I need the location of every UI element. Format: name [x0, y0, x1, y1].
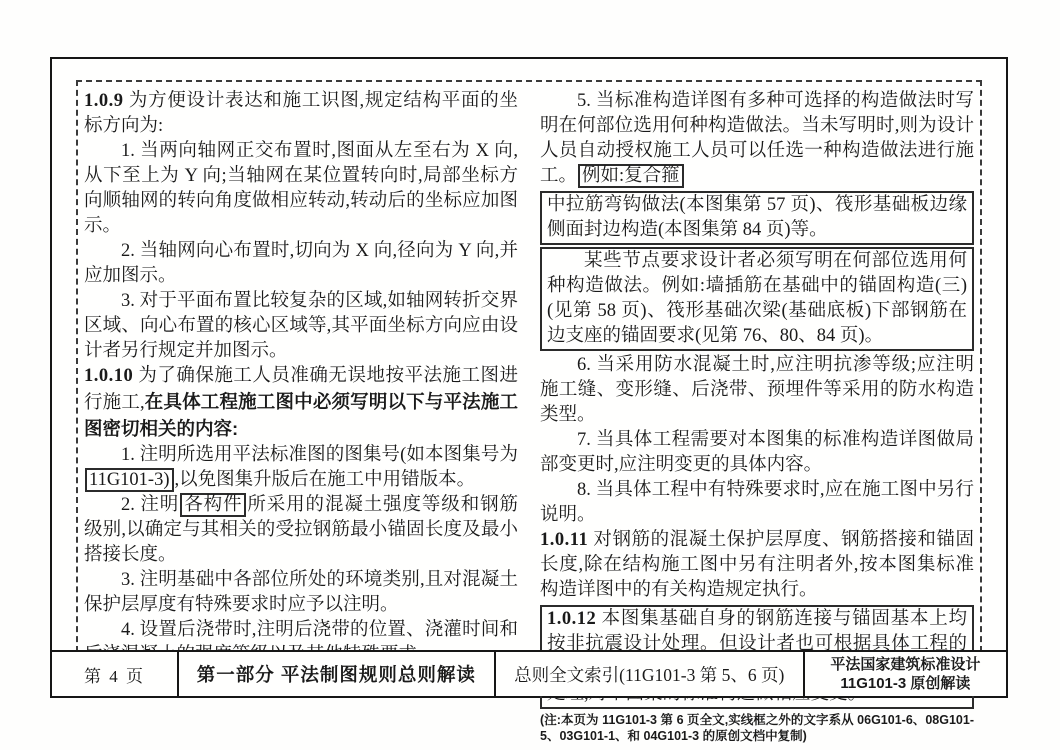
paragraph: 3. 对于平面布置比较复杂的区域,如轴网转折交界区域、向心布置的核心区域等,其平…	[84, 289, 518, 364]
left-column: 1.0.9 为方便设计表达和施工识图,规定结构平面的坐标方向为:1. 当两向轴网…	[84, 89, 518, 650]
paragraph: 6. 当采用防水混凝土时,应注明抗渗等级;应注明施工缝、变形缝、后浇带、预埋件等…	[540, 353, 974, 428]
content-area: 1.0.9 为方便设计表达和施工识图,规定结构平面的坐标方向为:1. 当两向轴网…	[84, 89, 974, 650]
text-segment: 对钢筋的混凝土保护层厚度、钢筋搭接和锚固长度,除在结构施工图中另有注明者外,按本…	[540, 530, 974, 600]
text-segment: 7. 当具体工程需要对本图集的标准构造详图做局部变更时,应注明变更的具体内容。	[540, 430, 974, 475]
boxed-annotation: 中拉筋弯钩做法(本图集第 57 页)、筏形基础板边缘侧面封边构造(本图集第 84…	[540, 191, 974, 245]
paragraph: 1. 注明所选用平法标准图的图集号(如本图集号为11G101-3),以免图集升版…	[84, 443, 518, 493]
footer-index-title-label: 总则全文索引(11G101-3 第 5、6 页)	[514, 662, 784, 687]
paragraph: 2. 当轴网向心布置时,切向为 X 向,径向为 Y 向,并应加图示。	[84, 239, 518, 289]
paragraph: 2. 注明各构件所采用的混凝土强度等级和钢筋级别,以确定与其相关的受拉钢筋最小锚…	[84, 493, 518, 568]
paragraph: 1.0.10 为了确保施工人员准确无误地按平法施工图进行施工,在具体工程施工图中…	[84, 364, 518, 443]
text-segment: 某些节点要求设计者必须写明在何部位选用何种构造做法。例如:墙插筋在基础中的锚固构…	[547, 251, 967, 346]
paragraph: 1.0.11 对钢筋的混凝土保护层厚度、钢筋搭接和锚固长度,除在结构施工图中另有…	[540, 528, 974, 603]
boxed-term: 各构件	[180, 493, 246, 517]
text-segment: 1.0.11	[540, 530, 588, 550]
right-column: 5. 当标准构造详图有多种可选择的构造做法时写明在何部位选用何种构造做法。当未写…	[540, 89, 974, 650]
text-segment: 1.0.10	[84, 366, 133, 386]
boxed-annotation: 某些节点要求设计者必须写明在何部位选用何种构造做法。例如:墙插筋在基础中的锚固构…	[540, 247, 974, 351]
text-segment: 3. 对于平面布置比较复杂的区域,如轴网转折交界区域、向心布置的核心区域等,其平…	[84, 291, 518, 361]
text-segment: 1. 注明所选用平法标准图的图集号(如本图集号为	[121, 445, 518, 465]
footer-brand-line1: 平法国家建筑标准设计	[830, 655, 980, 674]
paragraph: 3. 注明基础中各部位所处的环境类别,且对混凝土保护层厚度有特殊要求时应予以注明…	[84, 568, 518, 618]
page-frame: 1.0.9 为方便设计表达和施工识图,规定结构平面的坐标方向为:1. 当两向轴网…	[50, 57, 1008, 698]
paragraph: 1. 当两向轴网正交布置时,图面从左至右为 X 向,从下至上为 Y 向;当轴网在…	[84, 139, 518, 239]
footer-page-number: 第 4 页	[52, 652, 177, 696]
footer-section-title-label: 第一部分 平法制图规则总则解读	[197, 661, 476, 687]
document-page: { "page": { "background": "#fefefd", "in…	[0, 0, 1060, 750]
text-segment: (注:本页为 11G101-3 第 6 页全文,实线框之外的文字系从 06G10…	[540, 713, 974, 743]
footnote: (注:本页为 11G101-3 第 6 页全文,实线框之外的文字系从 06G10…	[540, 712, 974, 744]
footer-section-title: 第一部分 平法制图规则总则解读	[177, 652, 494, 696]
paragraph: 8. 当具体工程中有特殊要求时,应在施工图中另行说明。	[540, 478, 974, 528]
text-segment: 2. 注明	[121, 495, 179, 515]
footer-brand: 平法国家建筑标准设计 11G101-3 原创解读	[803, 652, 1006, 696]
boxed-term: 例如:复合箍	[578, 164, 684, 188]
text-segment: 1.0.9	[84, 91, 124, 111]
text-segment: 6. 当采用防水混凝土时,应注明抗渗等级;应注明施工缝、变形缝、后浇带、预埋件等…	[540, 355, 974, 425]
paragraph: 7. 当具体工程需要对本图集的标准构造详图做局部变更时,应注明变更的具体内容。	[540, 428, 974, 478]
text-segment: 3. 注明基础中各部位所处的环境类别,且对混凝土保护层厚度有特殊要求时应予以注明…	[84, 570, 518, 615]
footer-index-title: 总则全文索引(11G101-3 第 5、6 页)	[494, 652, 803, 696]
footer-brand-line2: 11G101-3 原创解读	[840, 674, 970, 693]
text-segment: 中拉筋弯钩做法(本图集第 57 页)、筏形基础板边缘侧面封边构造(本图集第 84…	[547, 195, 967, 240]
content-dashed-border: 1.0.9 为方便设计表达和施工识图,规定结构平面的坐标方向为:1. 当两向轴网…	[76, 80, 982, 652]
footer-page-number-label: 第 4 页	[84, 662, 145, 687]
text-segment: 为方便设计表达和施工识图,规定结构平面的坐标方向为:	[84, 91, 518, 136]
text-segment: 2. 当轴网向心布置时,切向为 X 向,径向为 Y 向,并应加图示。	[84, 241, 518, 286]
paragraph: 1.0.9 为方便设计表达和施工识图,规定结构平面的坐标方向为:	[84, 89, 518, 139]
text-segment: 1.0.12	[547, 609, 596, 629]
text-segment: 在具体工程施工图中必须写明以下与平法施工图密切相关的内容:	[84, 391, 518, 439]
text-segment: 1. 当两向轴网正交布置时,图面从左至右为 X 向,从下至上为 Y 向;当轴网在…	[84, 141, 518, 236]
footer: 第 4 页 第一部分 平法制图规则总则解读 总则全文索引(11G101-3 第 …	[52, 650, 1006, 696]
paragraph: 5. 当标准构造详图有多种可选择的构造做法时写明在何部位选用何种构造做法。当未写…	[540, 89, 974, 189]
boxed-term: 11G101-3)	[85, 468, 174, 492]
text-segment: ,以免图集升版后在施工中用错版本。	[175, 470, 476, 490]
text-segment: 8. 当具体工程中有特殊要求时,应在施工图中另行说明。	[540, 480, 974, 525]
